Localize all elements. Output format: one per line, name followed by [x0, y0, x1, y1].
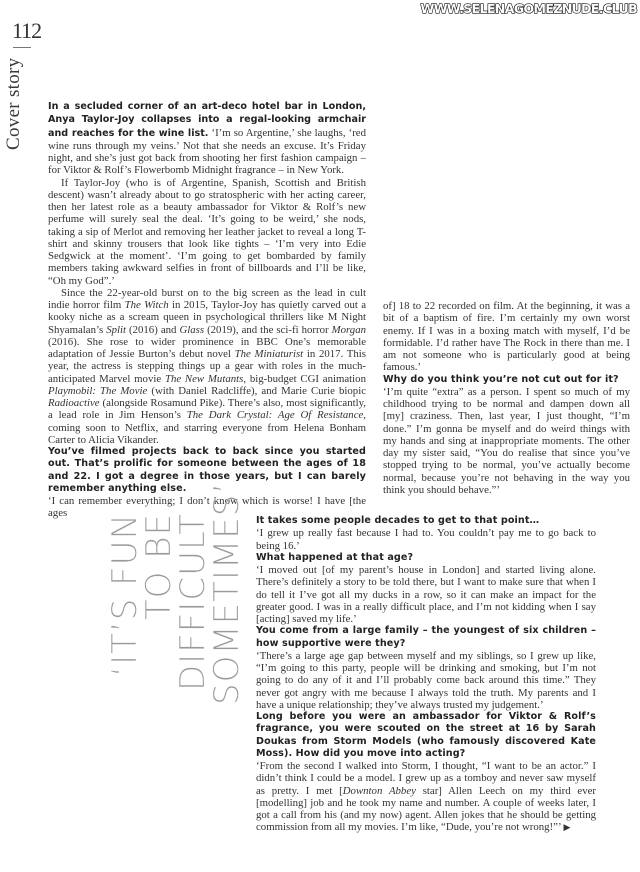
- section-label: Cover story: [3, 58, 25, 150]
- answer-3: ‘I grew up really fast because I had to.…: [256, 527, 596, 552]
- question-3: It takes some people decades to get to t…: [256, 515, 596, 527]
- film-title: The Miniaturist: [235, 348, 304, 360]
- show-title: Downton Abbey: [343, 785, 416, 797]
- answer-6: ‘From the second I walked into Storm, I …: [256, 760, 596, 834]
- question-6: Long before you were an ambassador for V…: [256, 711, 596, 760]
- lede-paragraph: In a secluded corner of an art-deco hote…: [48, 100, 366, 177]
- film-title: Morgan: [332, 324, 366, 336]
- film-title: Split: [106, 324, 126, 336]
- text: , big-budget CGI animation: [243, 373, 366, 385]
- article-column-right: of] 18 to 22 recorded on film. At the be…: [383, 300, 630, 496]
- watermark: WWW.SELENAGOMEZNUDE.CLUB: [421, 1, 637, 16]
- film-title: The Dark Crystal: Age Of Resistance: [187, 409, 364, 421]
- paragraph-3: Since the 22-year-old burst on to the bi…: [48, 287, 366, 446]
- answer-4: ‘I moved out [of my parent’s house in Lo…: [256, 564, 596, 625]
- film-title: Glass: [179, 324, 204, 336]
- article-column-left: In a secluded corner of an art-deco hote…: [48, 100, 366, 520]
- film-title: The New Mutants: [165, 373, 243, 385]
- film-title: Playmobil: The Movie: [48, 385, 147, 397]
- page-number: 112: [12, 18, 41, 44]
- article-column-lower: It takes some people decades to get to t…: [256, 515, 596, 834]
- pull-quote-line: ‘IT’S FUN: [108, 513, 142, 705]
- answer-5: ‘There’s a large age gap between myself …: [256, 650, 596, 711]
- text: (2016) and: [126, 324, 179, 336]
- pull-quote-line: DIFFICULT: [176, 513, 210, 705]
- film-title: Radioactive: [48, 397, 100, 409]
- page-number-divider: [13, 47, 31, 48]
- pull-quote-line: TO BE: [142, 513, 176, 705]
- paragraph-2: If Taylor-Joy (who is of Argentine, Span…: [48, 177, 366, 287]
- pull-quote-line: SOMETIMES’: [210, 513, 244, 705]
- question-4: What happened at that age?: [256, 552, 596, 564]
- question-2: Why do you think you’re not cut out for …: [383, 374, 630, 386]
- end-of-article-icon: ▶: [563, 822, 570, 832]
- text: (2019), and the sci-fi horror: [204, 324, 332, 336]
- film-title: The Witch: [125, 299, 169, 311]
- answer-1-continued: of] 18 to 22 recorded on film. At the be…: [383, 300, 630, 374]
- text: (with Daniel Radcliffe), and Marie Curie…: [147, 385, 366, 397]
- pull-quote: ‘IT’S FUN TO BE DIFFICULT SOMETIMES’: [108, 513, 244, 705]
- question-5: You come from a large family – the young…: [256, 625, 596, 650]
- answer-2: ‘I’m quite “extra” as a person. I spent …: [383, 386, 630, 496]
